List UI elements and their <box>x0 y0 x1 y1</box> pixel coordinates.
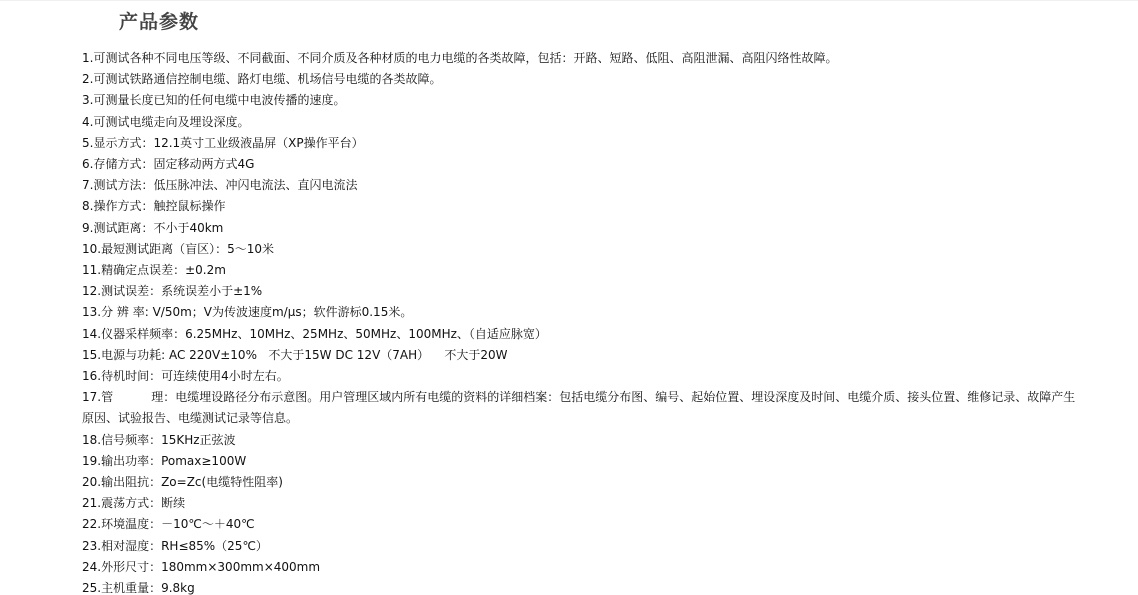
spec-item-15: 15.电源与功耗: AC 220V±10% 不大于15W DC 12V（7AH）… <box>82 345 1085 366</box>
spec-item-8: 8.操作方式：触控鼠标操作 <box>82 196 1085 217</box>
product-parameters-page: 产品参数 1.可测试各种不同电压等级、不同截面、不同介质及各种材质的电力电缆的各… <box>0 0 1138 595</box>
spec-item-3: 3.可测量长度已知的任何电缆中电波传播的速度。 <box>82 90 1085 111</box>
spec-item-16: 16.待机时间：可连续使用4小时左右。 <box>82 366 1085 387</box>
spec-item-7: 7.测试方法：低压脉冲法、冲闪电流法、直闪电流法 <box>82 175 1085 196</box>
spec-list: 1.可测试各种不同电压等级、不同截面、不同介质及各种材质的电力电缆的各类故障，包… <box>82 48 1085 595</box>
spec-item-10: 10.最短测试距离（盲区）：5～10米 <box>82 239 1085 260</box>
spec-item-25: 25.主机重量：9.8kg <box>82 578 1085 595</box>
spec-item-24: 24.外形尺寸：180mm×300mm×400mm <box>82 557 1085 578</box>
spec-item-4: 4.可测试电缆走向及埋设深度。 <box>82 112 1085 133</box>
spec-item-1: 1.可测试各种不同电压等级、不同截面、不同介质及各种材质的电力电缆的各类故障，包… <box>82 48 1085 69</box>
spec-item-13: 13.分 辨 率: V/50m；V为传波速度m/μs；软件游标0.15米。 <box>82 302 1085 323</box>
page-title: 产品参数 <box>119 9 199 35</box>
spec-item-17: 17.管 理：电缆埋设路径分布示意图。用户管理区域内所有电缆的资料的详细档案：包… <box>82 387 1085 429</box>
spec-item-23: 23.相对湿度：RH≤85%（25℃） <box>82 536 1085 557</box>
spec-item-12: 12.测试误差：系统误差小于±1% <box>82 281 1085 302</box>
spec-item-9: 9.测试距离：不小于40km <box>82 218 1085 239</box>
spec-item-14: 14.仪器采样频率：6.25MHz、10MHz、25MHz、50MHz、100M… <box>82 324 1085 345</box>
spec-item-11: 11.精确定点误差：±0.2m <box>82 260 1085 281</box>
spec-item-5: 5.显示方式：12.1英寸工业级液晶屏（XP操作平台） <box>82 133 1085 154</box>
spec-item-21: 21.震荡方式：断续 <box>82 493 1085 514</box>
spec-item-2: 2.可测试铁路通信控制电缆、路灯电缆、机场信号电缆的各类故障。 <box>82 69 1085 90</box>
spec-item-20: 20.输出阻抗：Zo=Zc(电缆特性阻率) <box>82 472 1085 493</box>
spec-item-22: 22.环境温度：－10℃～＋40℃ <box>82 514 1085 535</box>
spec-item-6: 6.存储方式：固定移动两方式4G <box>82 154 1085 175</box>
spec-item-19: 19.输出功率：Pomax≥100W <box>82 451 1085 472</box>
spec-item-18: 18.信号频率：15KHz正弦波 <box>82 430 1085 451</box>
